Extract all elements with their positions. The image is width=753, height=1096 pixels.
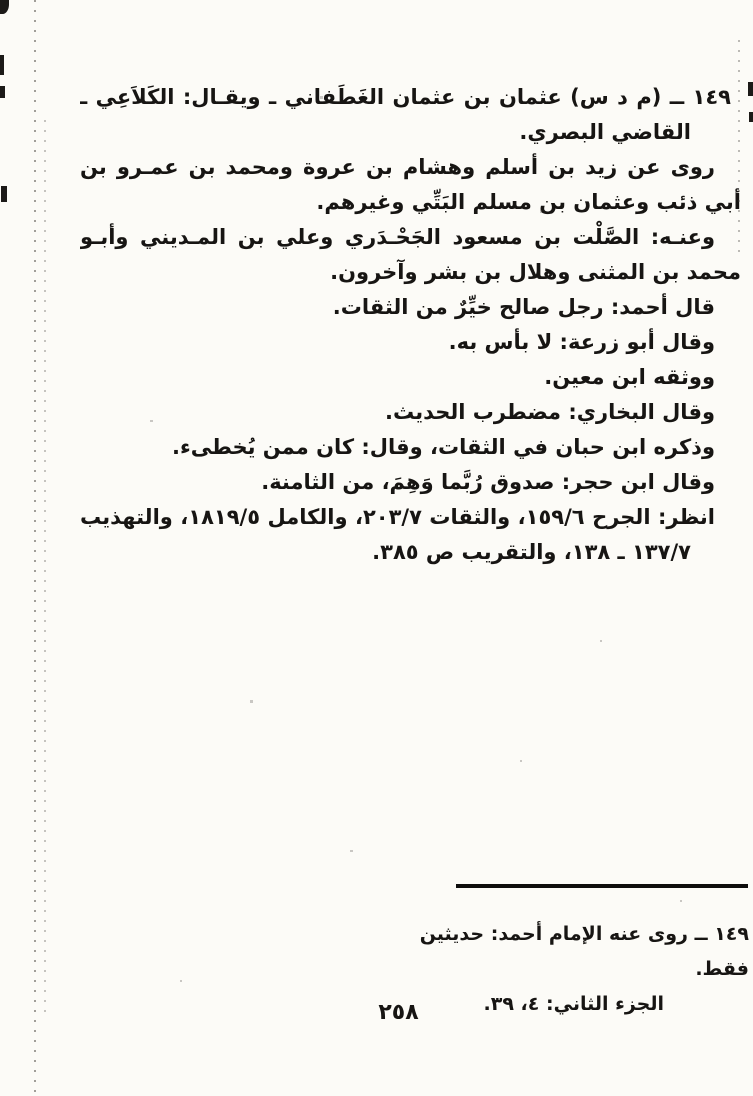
text-line: روى عن زيد بن أسلم وهشام بن عروة ومحمد ب… — [80, 150, 741, 185]
text-line: وذكره ابن حبان في الثقات، وقال: كان ممن … — [80, 430, 741, 465]
text-line: وقال ابن حجر: صدوق رُبَّما وَهِمَ، من ال… — [80, 465, 741, 500]
text-line: وقال البخاري: مضطرب الحديث. — [80, 395, 741, 430]
text-line: أبي ذئب وعثمان بن مسلم البَتِّي وغيرهم. — [80, 185, 741, 220]
text-line: وقال أبو زرعة: لا بأس به. — [80, 325, 741, 360]
page-number: ٢٥٨ — [22, 1000, 753, 1025]
text-line: القاضي البصري. — [80, 115, 741, 150]
footnote-line: ١٤٩ ــ روى عنه الإمام أحمد: حديثين فقط. — [403, 917, 749, 987]
references-line: انظر: الجرح ١٥٩/٦، والثقات ٢٠٣/٧، والكام… — [80, 500, 741, 535]
text-line: قال أحمد: رجل صالح خيِّرٌ من الثقات. — [80, 290, 741, 325]
scanned-page: { "colors": { "paper": "#fcfbf7", "ink":… — [0, 0, 753, 1096]
footnote-rule — [456, 884, 748, 888]
entry-text-block: ١٤٩ ــ (م د س) عثمان بن عثمان الغَطَفاني… — [80, 80, 741, 570]
text-line: وعنـه: الصَّلْت بن مسعود الجَحْـدَري وعل… — [80, 220, 741, 255]
entry-heading-line: ١٤٩ ــ (م د س) عثمان بن عثمان الغَطَفاني… — [80, 80, 741, 115]
references-line: ١٣٧/٧ ـ ١٣٨، والتقريب ص ٣٨٥. — [80, 535, 741, 570]
text-line: ووثقه ابن معين. — [80, 360, 741, 395]
text-line: محمد بن المثنى وهلال بن بشر وآخرون. — [80, 255, 741, 290]
